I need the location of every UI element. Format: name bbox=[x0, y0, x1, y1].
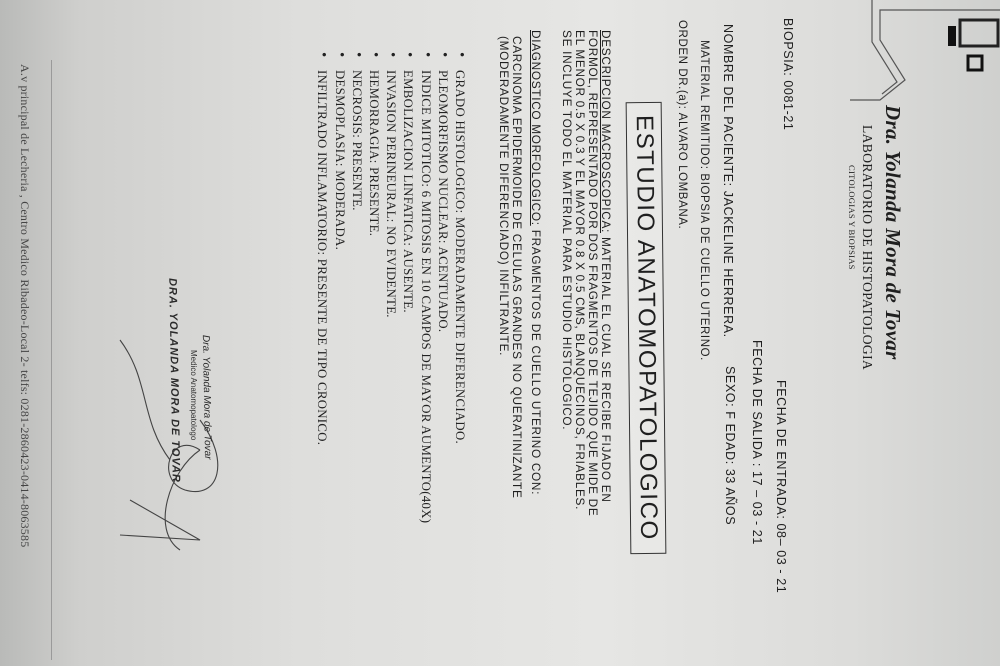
morphological-diagnosis: DIAGNOSTICO MORFOLOGICO: FRAGMENTOS DE C… bbox=[497, 30, 542, 520]
finding-item: HEMORRAGIA: PRESENTE. bbox=[365, 52, 382, 523]
diagnosis-result: CARCINOMA EPIDERMOIDE DE CELULAS GRANDES… bbox=[497, 30, 523, 506]
lab-subtitle: CITOLOGIAS Y BIOPSIAS bbox=[847, 165, 857, 270]
report-title: ESTUDIO ANATOMOPATOLOGICO bbox=[626, 102, 667, 554]
signature-stamp-title: Medico Anatomopatologo bbox=[189, 350, 198, 440]
finding-item: DESMOPLASIA: MODERADA. bbox=[330, 52, 347, 523]
finding-item: INFILTRADO INFLAMATORIO: PRESENTE DE TIP… bbox=[313, 52, 330, 523]
material-sent: MATERIAL REMITIDO: BIOPSIA DE CUELLO UTE… bbox=[698, 40, 710, 361]
footer-address: A.v principal de Lecheria , Centro Medic… bbox=[17, 64, 32, 547]
diagnosis-heading: DIAGNOSTICO MORFOLOGICO: bbox=[529, 30, 543, 226]
biopsy-number: BIOPSIA: 0081-21 bbox=[781, 18, 795, 130]
diagnosis-intro: FRAGMENTOS DE CUELLO UTERINO CON: bbox=[529, 226, 543, 495]
patient-name: NOMBRE DEL PACIENTE: JACKELINE HERRERA. bbox=[721, 24, 735, 338]
findings-list: GRADO HISTOLOGICO: MODERADAMENTE DIFEREN… bbox=[313, 52, 468, 523]
finding-item: INVASION PERINEURAL: NO EVIDENTE. bbox=[382, 52, 399, 523]
entry-date: FECHA DE ENTRADA: 08– 03 - 21 bbox=[774, 380, 788, 593]
macroscopic-description: DESCRIPCION MACROSCOPICA: MATERIAL EL CU… bbox=[560, 30, 612, 520]
sex-age: SEXO: F EDAD: 33 AÑOS bbox=[723, 366, 737, 525]
macroscopic-heading: DESCRIPCION MACROSCOPICA: bbox=[599, 30, 613, 233]
footer-divider bbox=[51, 60, 52, 660]
microscope-logo-icon bbox=[850, 0, 1000, 110]
signature-stamp-name: Dra. Yolanda Mora de Tovar bbox=[200, 335, 213, 460]
finding-item: PLEOMORFISMO NUCLEAR: ACENTUADO. bbox=[434, 52, 451, 523]
exit-date: FECHA DE SALIDA : 17 – 03 - 21 bbox=[750, 340, 764, 545]
finding-item: NECROSIS: PRESENTE. bbox=[348, 52, 365, 523]
lab-report-page: Dra. Yolanda Mora de Tovar LABORATORIO D… bbox=[0, 0, 1000, 666]
doctor-name: Dra. Yolanda Mora de Tovar bbox=[880, 105, 905, 360]
finding-item: GRADO HISTOLOGICO: MODERADAMENTE DIFEREN… bbox=[451, 52, 468, 523]
ordering-doctor: ORDEN DR.(a): ALVARO LOMBANA. bbox=[676, 20, 688, 229]
finding-item: EMBOLIZACION LINFATICA: AUSENTE. bbox=[399, 52, 416, 523]
lab-name: LABORATORIO DE HISTOPATOLOGIA bbox=[859, 125, 875, 370]
finding-item: INDICE MITOTICO: 6 MITOSIS EN 10 CAMPOS … bbox=[416, 52, 433, 523]
